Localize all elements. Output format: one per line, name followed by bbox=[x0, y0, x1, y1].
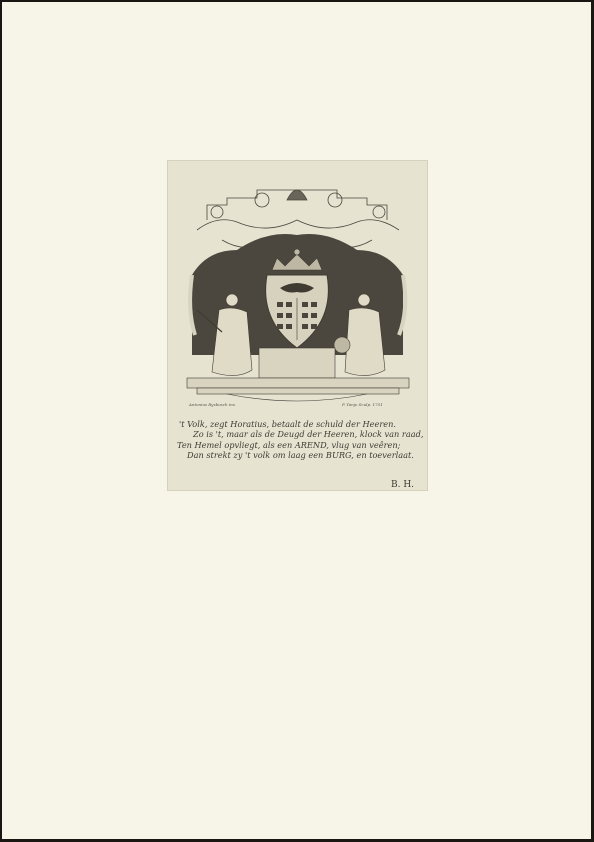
verse-caption: 't Volk, zegt Horatius, betaalt de schul… bbox=[175, 419, 425, 461]
mounting-mat: Antonius Ryxbosch inv. P. Tanje Sculp. 1… bbox=[2, 2, 591, 839]
engraver-credit: P. Tanje Sculp. 1751 bbox=[342, 402, 383, 407]
print-sheet: Antonius Ryxbosch inv. P. Tanje Sculp. 1… bbox=[167, 160, 428, 491]
inventor-credit: Antonius Ryxbosch inv. bbox=[189, 402, 236, 407]
engraving-illustration bbox=[167, 160, 428, 415]
verse-line: Dan strekt zy 't volk om laag een BURG, … bbox=[175, 450, 425, 460]
verse-line: Zo is 't, maar als de Deugd der Heeren, … bbox=[175, 429, 425, 439]
verse-line: 't Volk, zegt Horatius, betaalt de schul… bbox=[175, 419, 425, 429]
verse-line: Ten Hemel opvliegt, als een AREND, vlug … bbox=[175, 440, 425, 450]
signature-initials: B. H. bbox=[391, 480, 414, 490]
